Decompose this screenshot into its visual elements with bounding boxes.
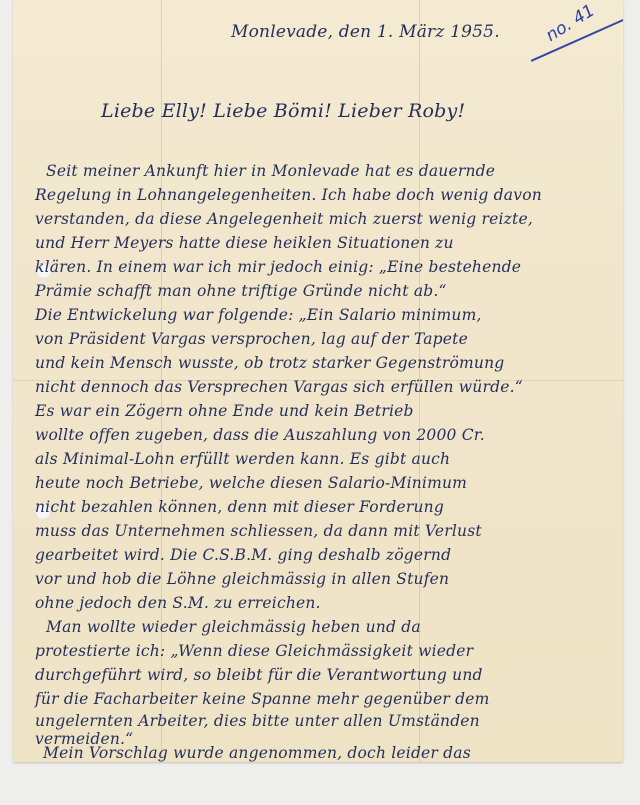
letter-line: vor und hob die Löhne gleichmässig in al… <box>35 570 449 588</box>
letter-line: Es war ein Zögern ohne Ende und kein Bet… <box>35 402 414 420</box>
letter-line: durchgeführt wird, so bleibt für die Ver… <box>35 666 483 684</box>
letter-line: Die Entwickelung war folgende: „Ein Sala… <box>35 306 482 324</box>
letter-line: nicht dennoch das Versprechen Vargas sic… <box>35 378 523 396</box>
letter-line: verstanden, da diese Angelegenheit mich … <box>35 210 533 228</box>
letter-page: Monlevade, den 1. März 1955. no. 41 Lieb… <box>13 0 623 762</box>
letter-line: ungelernten Arbeiter, dies bitte unter a… <box>35 712 480 730</box>
letter-line: muss das Unternehmen schliessen, da dann… <box>35 522 482 540</box>
letter-line: klären. In einem war ich mir jedoch eini… <box>35 258 521 276</box>
letter-line: heute noch Betriebe, welche diesen Salar… <box>35 474 467 492</box>
letter-line: Man wollte wieder gleichmässig heben und… <box>46 618 421 636</box>
letter-line: Regelung in Lohnangelegenheiten. Ich hab… <box>35 186 542 204</box>
letter-line: Seit meiner Ankunft hier in Monlevade ha… <box>46 162 495 180</box>
letter-line: und Herr Meyers hatte diese heiklen Situ… <box>35 234 454 252</box>
letter-line: wollte offen zugeben, dass die Auszahlun… <box>35 426 485 444</box>
letter-line: gearbeitet wird. Die C.S.B.M. ging desha… <box>35 546 451 564</box>
letter-line: für die Facharbeiter keine Spanne mehr g… <box>35 690 490 708</box>
letter-line: und kein Mensch wusste, ob trotz starker… <box>35 354 504 372</box>
letter-line: ohne jedoch den S.M. zu erreichen. <box>35 594 321 612</box>
letter-dateline: Monlevade, den 1. März 1955. <box>231 22 500 42</box>
letter-line: von Präsident Vargas versprochen, lag au… <box>35 330 468 348</box>
letter-line: Prämie schafft man ohne triftige Gründe … <box>35 282 447 300</box>
letter-salutation: Liebe Elly! Liebe Bömi! Lieber Roby! <box>101 100 465 122</box>
letter-line: protestierte ich: „Wenn diese Gleichmäss… <box>35 642 473 660</box>
letter-line: nicht bezahlen können, denn mit dieser F… <box>35 498 444 516</box>
archive-number-mark: no. 41 <box>542 1 598 46</box>
letter-line: als Minimal-Lohn erfüllt werden kann. Es… <box>35 450 450 468</box>
letter-line: Mein Vorschlag wurde angenommen, doch le… <box>43 744 471 762</box>
